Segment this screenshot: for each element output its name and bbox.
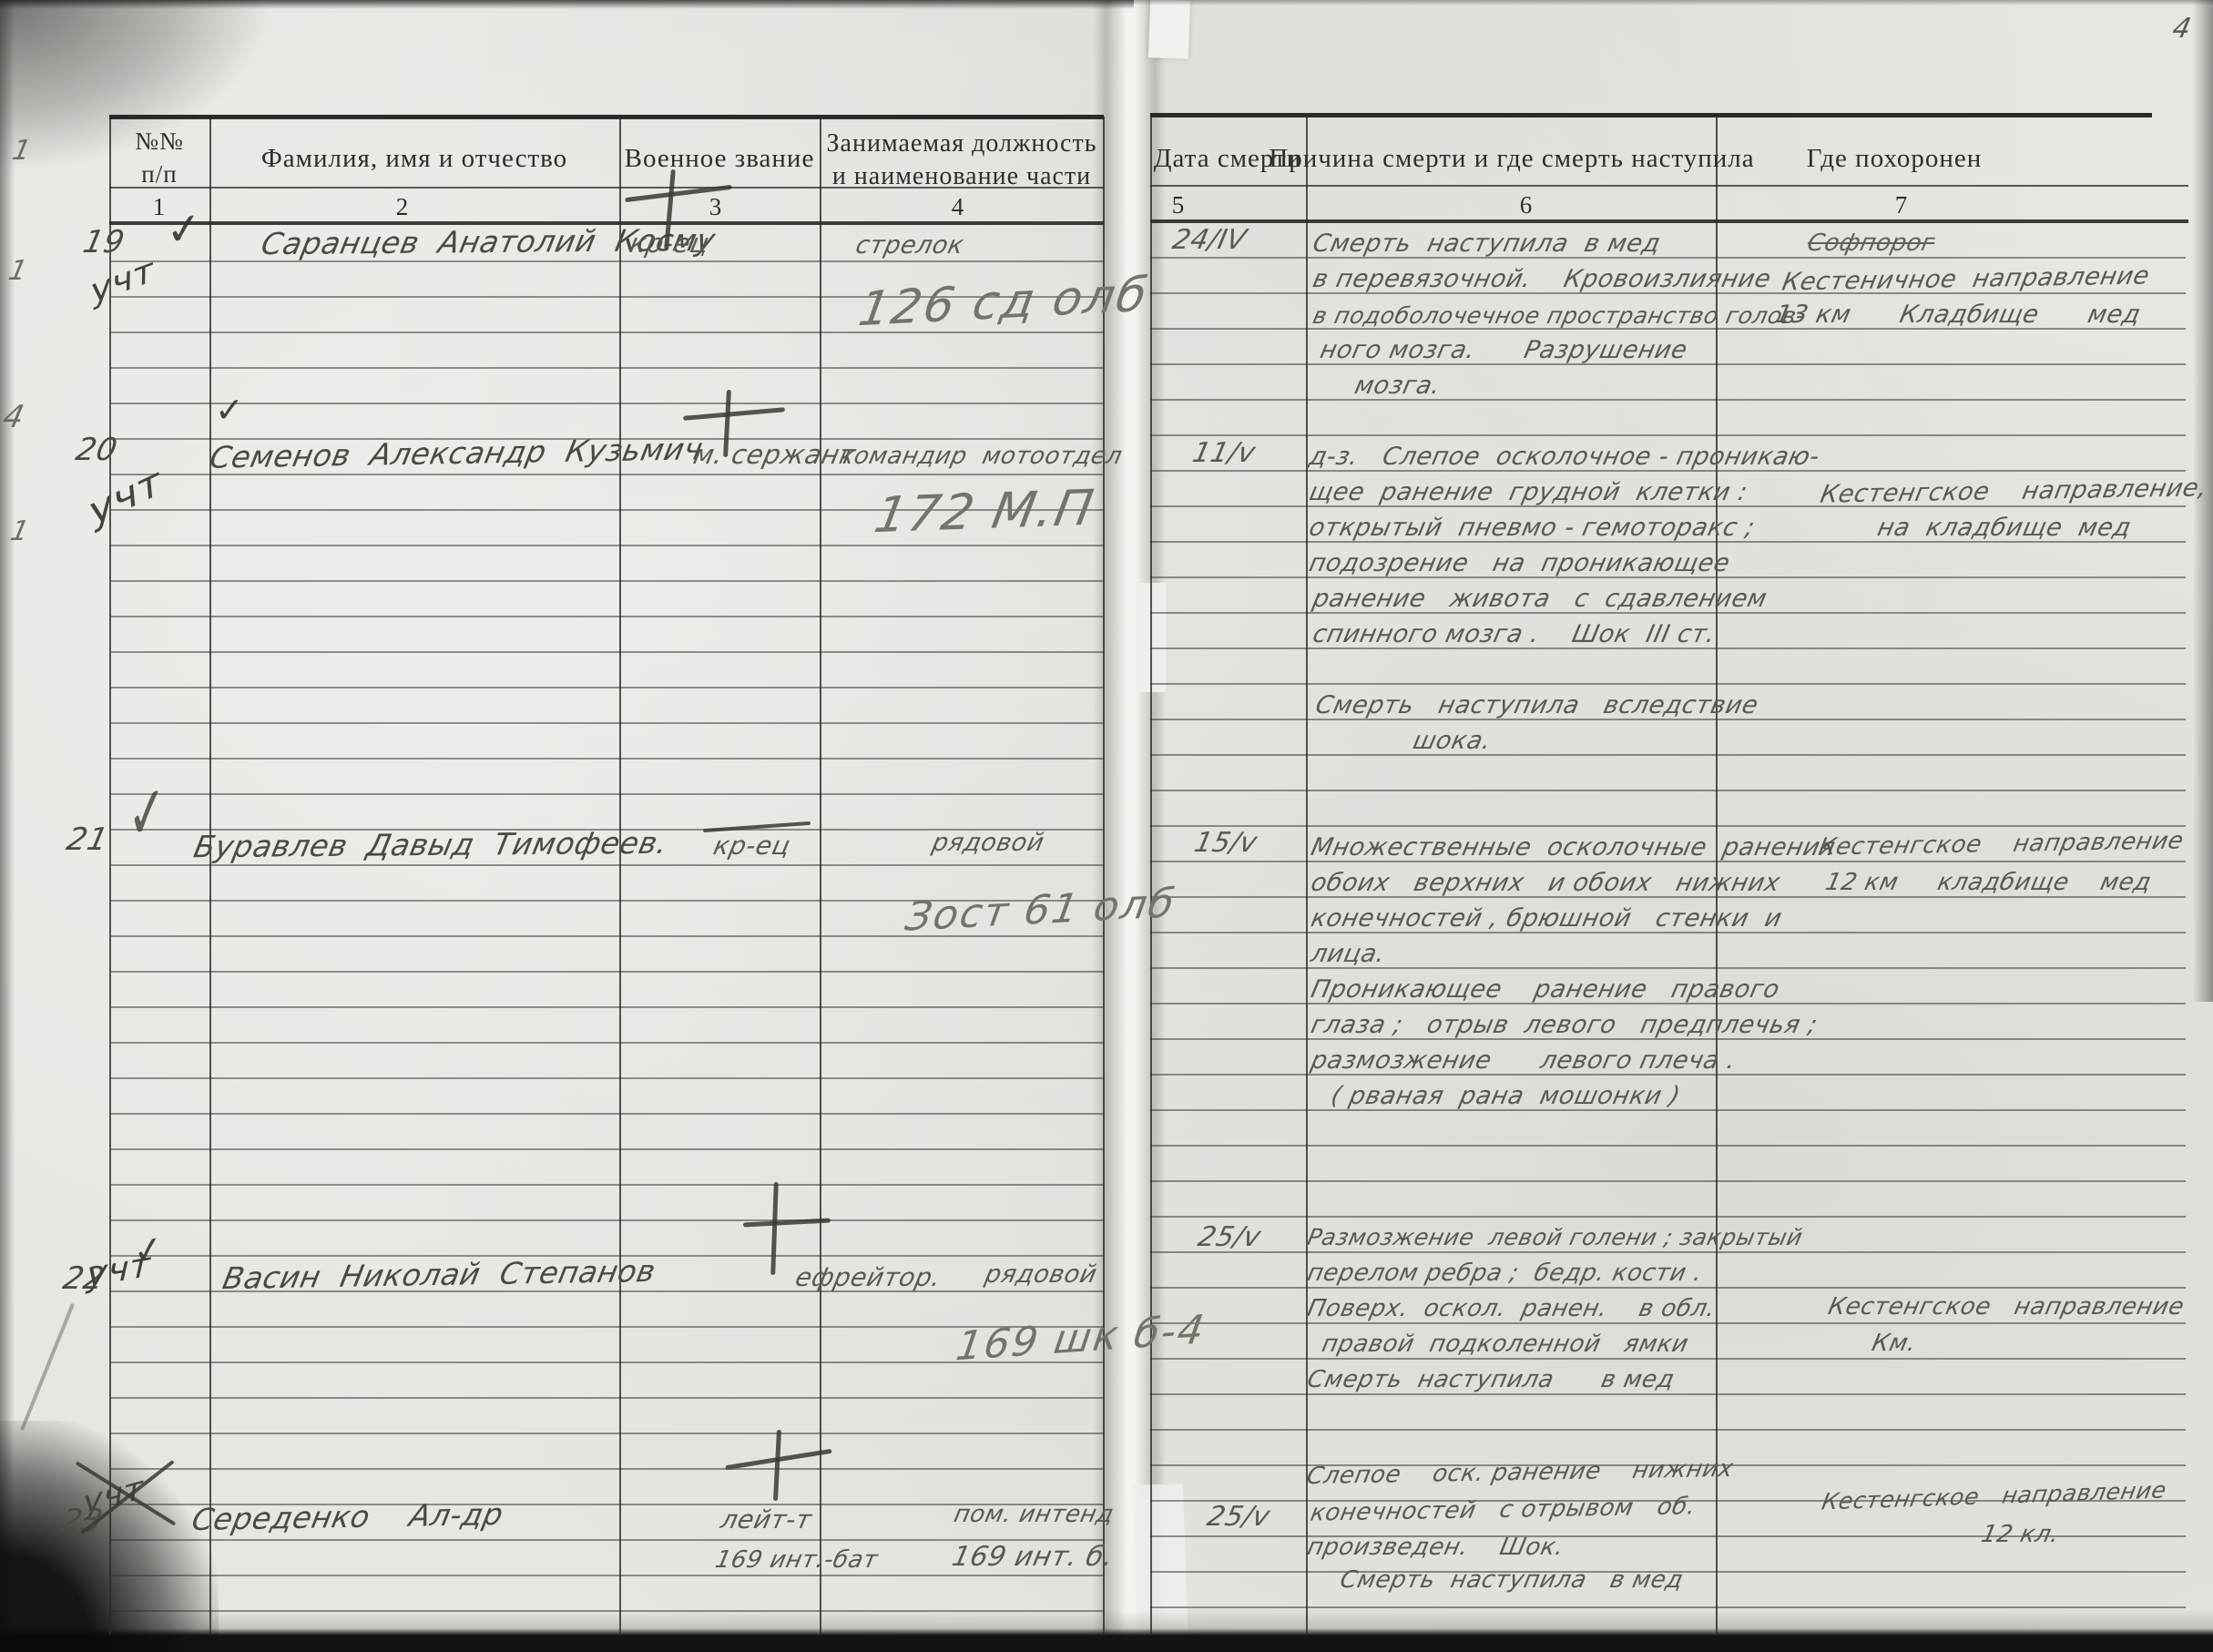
scan-edge-top-right [1134, 0, 2213, 5]
pencil-tail-22 [20, 1303, 75, 1432]
entry-21-cause-line4: лица. [1309, 940, 1388, 968]
scanned-register-spread: №№ п/п Фамилия, имя и отчество Военное з… [0, 0, 2213, 1652]
entry-21-cause-line7: размозжение левого плеча . [1309, 1046, 1739, 1075]
page-number: 4 [2169, 13, 2194, 45]
table-border-left [109, 117, 111, 1635]
entry-23-cause-line4: Смерть наступила в мед [1338, 1566, 1686, 1594]
entry-21-name: Буравлев Давыд Тимофеев. [191, 825, 671, 865]
entry-21-number: 21 [64, 821, 112, 858]
entry-20-cause-line3: открытый пневмо - гемоторакс ; [1307, 514, 1758, 542]
entry-21-rank: кр-ец [710, 831, 793, 861]
tape-top-gutter [1148, 0, 1190, 59]
entry-22-cause-line2: перелом ребра ; бедр. кости . [1305, 1259, 1705, 1287]
table-top-border-right-page [1150, 113, 2152, 117]
entry-21-cause-line2: обоих верхних и обоих нижних [1309, 869, 1783, 897]
entry-19-burial-struck: Софпорог [1805, 229, 1938, 257]
column-number-3: 3 [709, 193, 723, 221]
entry-20-position: командир мотоотдел [837, 443, 1125, 470]
entry-20-cause-line5: ранение живота с сдавлением [1310, 585, 1769, 613]
check-mark-20: ✓ [215, 390, 244, 430]
entry-19-number: 19 [80, 224, 128, 260]
entry-20-cause-line4: подозрение на проникающее [1307, 549, 1733, 577]
header-name: Фамилия, имя и отчество [261, 144, 567, 174]
entry-22-date: 25/v [1195, 1221, 1263, 1253]
entry-22-cause-line3: Поверх. оскол. ранен. в обл. [1305, 1295, 1718, 1322]
entry-21-cause-line3: конечностей , брюшной стенки и [1309, 904, 1785, 933]
entry-19-cause-line5: мозга. [1352, 372, 1443, 400]
entry-21-cause-line8: ( рваная рана мошонки ) [1329, 1082, 1683, 1110]
header-position-line1: Занимаемая должность [827, 129, 1097, 158]
entry-19-cause-line4: ного мозга. Разрушение [1318, 336, 1690, 364]
header-number-line1: №№ [135, 127, 184, 156]
entry-20-cause-line8: шока. [1411, 727, 1494, 755]
entry-22-cause-line5: Смерть наступила в мед [1305, 1366, 1678, 1393]
entry-21-date: 15/v [1191, 827, 1259, 859]
column-number-2: 2 [396, 193, 410, 221]
entry-21-cause-line1: Множественные осколочные ранения [1309, 833, 1839, 862]
table-top-border-left-page [109, 115, 1104, 119]
entry-23-position: пом. интенд [952, 1501, 1117, 1528]
column-number-5: 5 [1172, 191, 1186, 219]
column-divider-3-4 [820, 117, 821, 1635]
entry-19-cause-line2: в перевязочной. Кровоизлияние [1310, 265, 1774, 293]
column-divider-5-6 [1306, 115, 1308, 1635]
entry-23-position-unit: 169 инт. б. [949, 1541, 1116, 1573]
entry-20-unit: 172 М.П [871, 479, 1099, 544]
entry-23-name: Середенко Ал-др [189, 1496, 507, 1537]
entry-21-burial-line2: 12 км кладбище мед [1823, 869, 2154, 896]
check-mark-19: ✓ [163, 202, 205, 257]
check-mark-22: ✓ [130, 1228, 167, 1273]
scan-edge-bottom [0, 1628, 2213, 1652]
entry-20-cause-line1: д-з. Слепое осколочное - проникаю- [1307, 443, 1822, 471]
entry-19-position: стрелок [853, 231, 967, 260]
scan-edge-left [0, 0, 15, 1652]
column-number-4: 4 [952, 193, 965, 221]
entry-19-date: 24/IV [1169, 224, 1249, 256]
column-divider-1-2 [209, 117, 211, 1635]
check-mark-21: ✓ [126, 769, 169, 857]
header-rank: Военное звание [625, 144, 815, 174]
entry-23-rank: лейт-т [718, 1504, 814, 1535]
entry-22-burial-line2: Км. [1870, 1330, 1919, 1357]
entry-22-position: рядовой [983, 1260, 1100, 1289]
column-divider-2-3 [619, 117, 621, 1635]
entry-20-cause-line7: Смерть наступила вследствие [1313, 691, 1761, 719]
entry-20-number: 20 [73, 432, 121, 468]
entry-20-cause-line2: щее ранение грудной клетки : [1307, 478, 1750, 506]
entry-23-cause-line3: произведен. Шок. [1305, 1534, 1566, 1561]
entry-23-burial-line2: 12 кл. [1979, 1521, 2062, 1548]
entry-22-cause-line4: правой подколенной ямки [1320, 1331, 1691, 1358]
header-death-cause: Причина смерти и где смерть наступила [1269, 144, 1754, 174]
header-position-line2: и наименование части [832, 162, 1091, 191]
entry-19-cause-line1: Смерть наступила в мед [1310, 229, 1663, 258]
entry-20-rank: м. сержант [690, 439, 858, 470]
entry-19-burial-line2: 13 км Кладбище мед [1773, 301, 2144, 329]
header-number-line2: п/п [141, 160, 177, 189]
scan-edge-top-left [0, 0, 1134, 9]
entry-20-date: 11/v [1189, 437, 1258, 469]
left-page-edge-line [1103, 117, 1105, 1635]
entry-23-rank-unit: 169 инт.-бат [713, 1546, 881, 1574]
column-number-7: 7 [1895, 191, 1909, 219]
entry-20-burial-line2: на кладбище мед [1875, 514, 2134, 542]
header-burial-place: Где похоронен [1807, 144, 1983, 174]
entry-21-cause-line6: глаза ; отрыв левого предплечья ; [1309, 1011, 1820, 1039]
entry-20-cause-line6: спинного мозга . Шок III ст. [1310, 620, 1718, 648]
entry-21-position: рядовой [930, 829, 1047, 857]
entry-22-cause-line1: Размозжение левой голени ; закрытый [1305, 1224, 1805, 1250]
entry-19-cause-line3: в подоболочечное пространство голов- [1310, 302, 1808, 329]
entry-21-cause-line5: Проникающее ранение правого [1309, 975, 1782, 1004]
entry-23-date: 25/v [1204, 1501, 1272, 1533]
column-number-6: 6 [1520, 191, 1534, 219]
column-divider-gutter-5 [1150, 115, 1152, 1635]
entry-22-burial-line1: Кестенгское направление [1826, 1293, 2187, 1321]
entry-22-rank: ефрейтор. [792, 1262, 943, 1292]
